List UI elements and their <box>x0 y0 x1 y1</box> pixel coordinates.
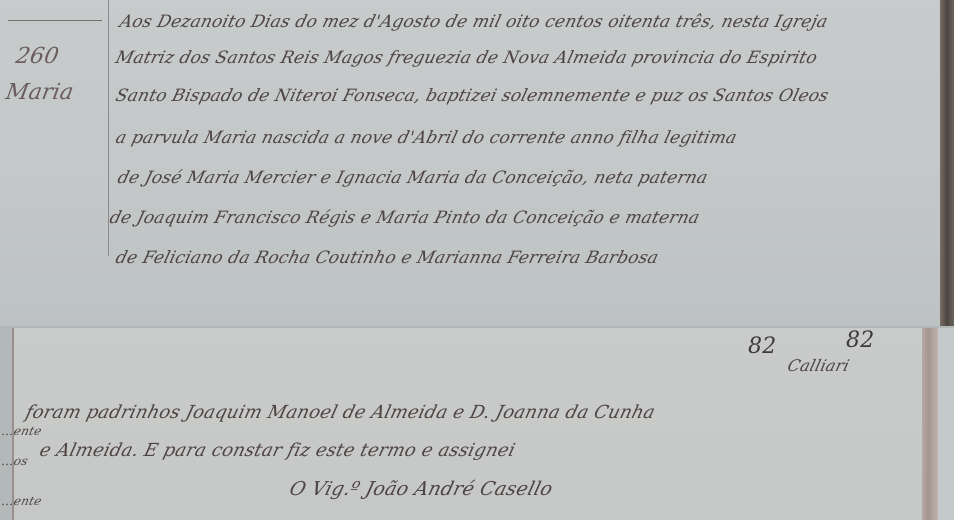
priest-signature: O Vig.º João André Casello <box>287 478 555 500</box>
record-line-7: de Feliciano da Rocha Coutinho e Mariann… <box>114 248 661 268</box>
record-line-4: a parvula Maria nascida a nove d'Abril d… <box>114 128 739 148</box>
margin-top-rule <box>8 20 102 21</box>
folio-mark: Calliari <box>786 356 852 375</box>
closing-line-1: foram padrinhos Joaquim Manoel de Almeid… <box>23 402 657 423</box>
margin-fragment-3: ...ente <box>0 494 43 508</box>
entry-number: 260 <box>14 44 61 69</box>
background-edge <box>938 328 954 520</box>
entry-name: Maria <box>4 80 76 105</box>
record-line-5: de José Maria Mercier e Ignacia Maria da… <box>116 168 710 188</box>
folio-number-2: 82 <box>846 328 874 353</box>
record-line-1: Aos Dezanoito Dias do mez d'Agosto de mi… <box>118 12 830 32</box>
record-line-6: de Joaquim Francisco Régis e Maria Pinto… <box>108 208 702 228</box>
register-page-top: 260 Maria Aos Dezanoito Dias do mez d'Ag… <box>0 0 954 326</box>
record-line-2: Matriz dos Santos Reis Magos freguezia d… <box>114 48 820 68</box>
closing-line-2: e Almeida. E para constar fiz este termo… <box>37 440 517 461</box>
record-line-3: Santo Bispado de Niteroi Fonseca, baptiz… <box>114 86 831 106</box>
book-binding-edge <box>940 0 954 326</box>
margin-vertical-rule <box>108 0 109 256</box>
margin-fragment-2: ...os <box>0 454 29 468</box>
folio-number: 82 <box>748 334 776 359</box>
margin-fragment-1: ...ente <box>0 424 43 438</box>
page-edge <box>922 328 938 520</box>
